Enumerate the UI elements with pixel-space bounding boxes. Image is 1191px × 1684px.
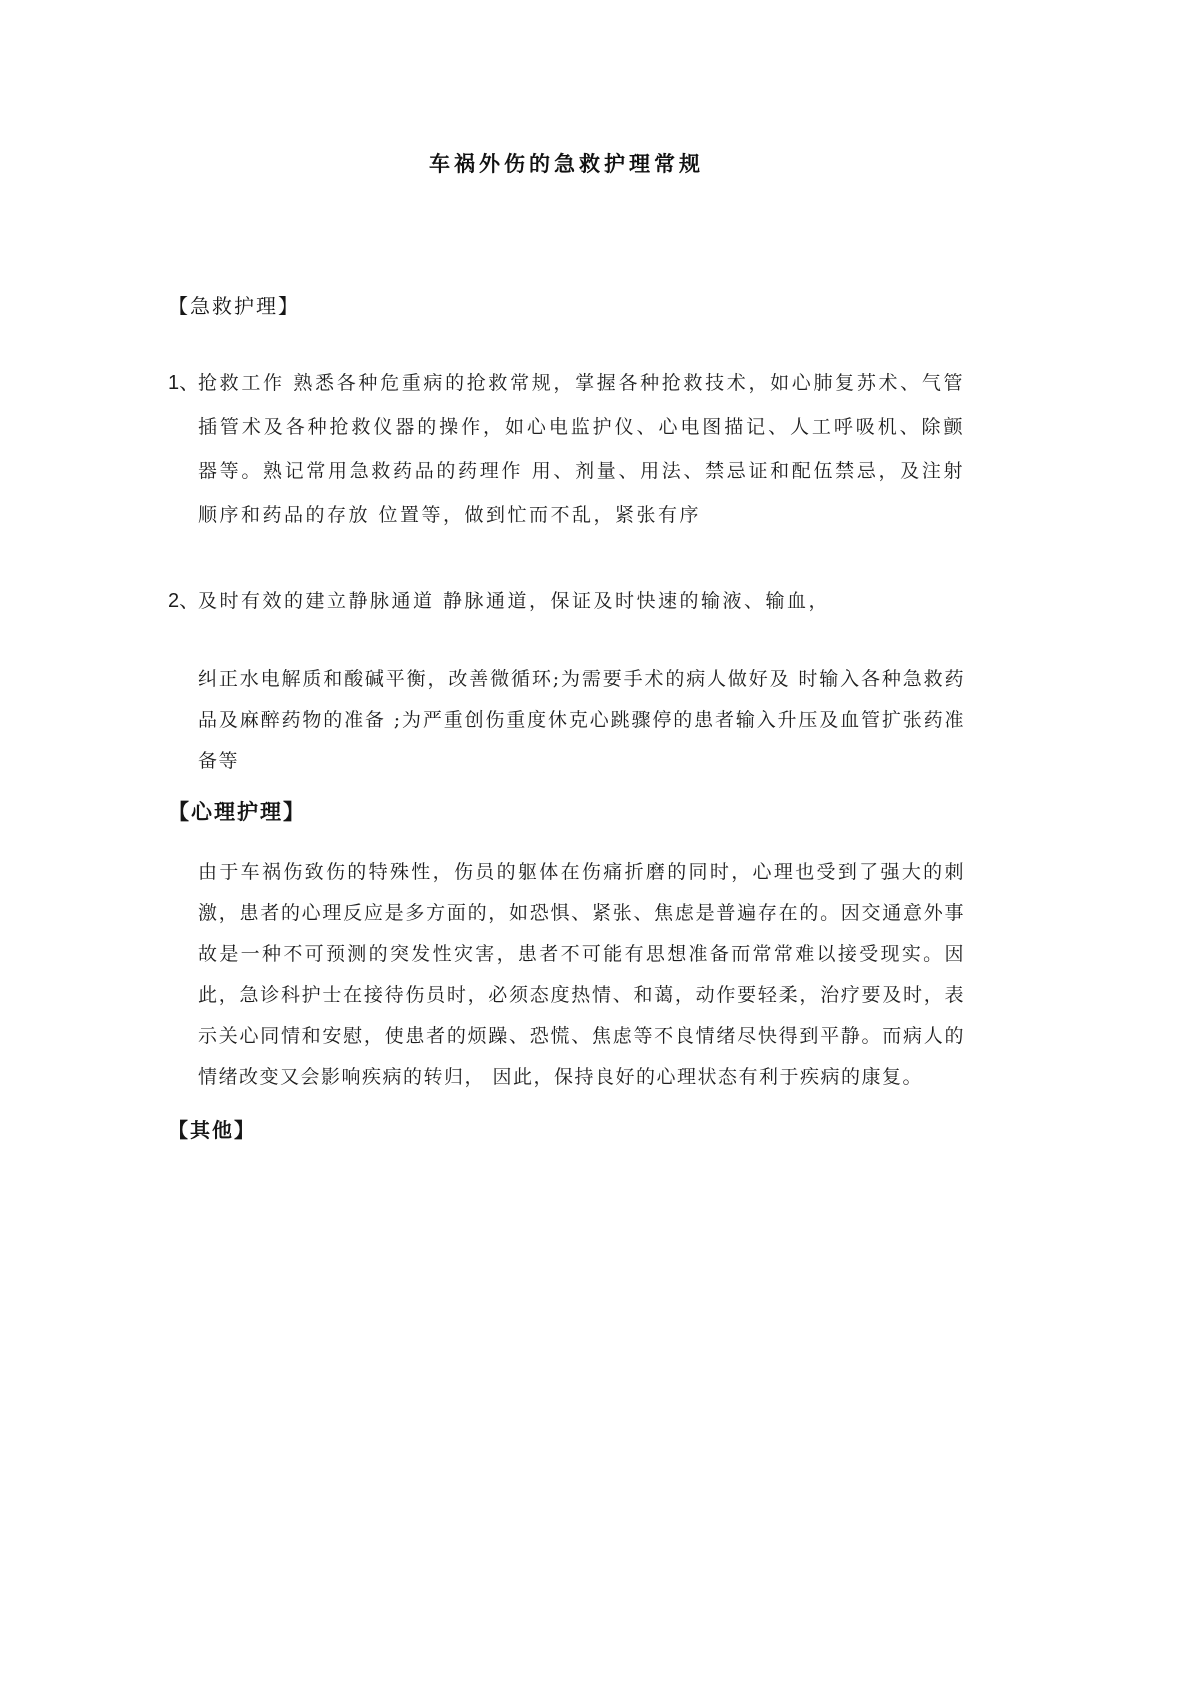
list-number-1: 1、 [168,361,199,405]
section-heading-other: 【其他】 [168,1114,965,1143]
list-item-1-text: 抢救工作 熟悉各种危重病的抢救常规，掌握各种抢救技术，如心肺复苏术、气管插管术及… [198,372,965,526]
section-emergency-care: 【急救护理】 1、 抢救工作 熟悉各种危重病的抢救常规，掌握各种抢救技术，如心肺… [168,290,965,782]
list-item-rescue-work: 1、 抢救工作 熟悉各种危重病的抢救常规，掌握各种抢救技术，如心肺复苏术、气管插… [168,361,965,537]
list-item-2-text: 及时有效的建立静脉通道 静脉通道，保证及时快速的输液、输血， [198,590,830,612]
section-psychological-care: 【心理护理】 由于车祸伤致伤的特殊性，伤员的躯体在伤痛折磨的同时，心理也受到了强… [168,796,965,1098]
section-heading-psychological-care: 【心理护理】 [168,796,965,826]
emergency-care-list: 1、 抢救工作 熟悉各种危重病的抢救常规，掌握各种抢救技术，如心肺复苏术、气管插… [168,361,965,623]
list-item-venous-access: 2、 及时有效的建立静脉通道 静脉通道，保证及时快速的输液、输血， [168,579,965,623]
list-number-2: 2、 [168,579,199,623]
emergency-care-paragraph: 纠正水电解质和酸碱平衡，改善微循环;为需要手术的病人做好及 时输入各种急救药品及… [168,659,965,782]
section-heading-emergency-care: 【急救护理】 [168,290,965,319]
document-page: 车祸外伤的急救护理常规 【急救护理】 1、 抢救工作 熟悉各种危重病的抢救常规，… [0,0,1191,1684]
psychological-care-paragraph: 由于车祸伤致伤的特殊性，伤员的躯体在伤痛折磨的同时，心理也受到了强大的刺激，患者… [168,852,965,1098]
document-title: 车祸外伤的急救护理常规 [168,148,965,178]
